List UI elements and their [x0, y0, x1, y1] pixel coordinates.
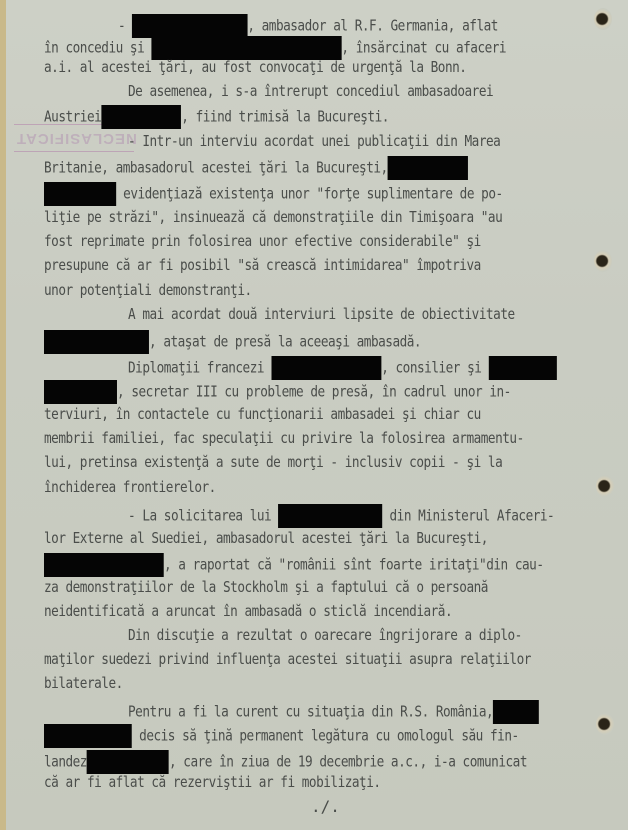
text-line: za demonstraţiilor de la Stockholm şi a … — [44, 578, 488, 596]
text-line: , a raportat că "românii sînt foarte iri… — [44, 553, 543, 577]
redaction-box — [44, 380, 117, 404]
redaction-box — [44, 330, 149, 354]
line-text: în concediu şi — [44, 39, 151, 57]
line-text: unor potenţiali demonstranţi. — [44, 281, 252, 299]
redaction-box — [87, 750, 169, 774]
line-text: neidentificată a aruncat în ambasadă o s… — [44, 602, 452, 620]
redaction-box — [132, 14, 247, 38]
line-text: din Ministerul Afaceri- — [382, 507, 554, 525]
text-line: Austriei, fiind trimisă la Bucureşti. — [44, 105, 389, 129]
line-text: , ambasador al R.F. Germania, aflat — [247, 17, 498, 35]
line-text: Pentru a fi la curent cu situaţia din R.… — [128, 703, 493, 721]
line-text: , fiind trimisă la Bucureşti. — [181, 108, 389, 126]
text-line: De asemenea, i s-a întrerupt concediul a… — [128, 82, 493, 100]
line-text: , secretar III cu probleme de presă, în … — [117, 383, 511, 401]
text-line: liţie pe străzi", insinuează că demonstr… — [44, 208, 502, 226]
redaction-box — [44, 553, 164, 577]
line-text: - — [118, 17, 132, 35]
redaction-box — [493, 700, 539, 724]
text-line: fost reprimate prin folosirea unor efect… — [44, 232, 481, 250]
text-line: Din discuţie a rezultat o oarecare îngri… — [128, 626, 522, 644]
line-text: membrii familiei, fac speculaţii cu priv… — [44, 429, 524, 447]
line-text: liţie pe străzi", insinuează că demonstr… — [44, 208, 502, 226]
line-text: maţilor suedezi privind influenţa aceste… — [44, 650, 531, 668]
line-text: lor Externe al Suediei, ambasadorul aces… — [44, 529, 488, 547]
line-text: fost reprimate prin folosirea unor efect… — [44, 232, 481, 250]
punch-hole — [594, 250, 612, 272]
text-line: landez, care în ziua de 19 decembrie a.c… — [44, 750, 527, 774]
line-text: , însărcinat cu afaceri — [341, 39, 506, 57]
redaction-box — [489, 356, 557, 380]
stamp-line — [14, 151, 134, 152]
text-line: evidenţiază existenţa unor "forţe suplim… — [44, 182, 503, 206]
line-text: Din discuţie a rezultat o oarecare îngri… — [128, 626, 522, 644]
line-text: că ar fi aflat că rezerviştii ar fi mobi… — [44, 773, 381, 791]
line-text: za demonstraţiilor de la Stockholm şi a … — [44, 578, 488, 596]
text-line: că ar fi aflat că rezerviştii ar fi mobi… — [44, 773, 381, 791]
text-line: - Intr-un interviu acordat unei publicaţ… — [128, 132, 500, 150]
line-text: lui, pretinsa existenţă a sute de morţi … — [44, 453, 502, 471]
redaction-box — [151, 36, 341, 60]
text-line: - , ambasador al R.F. Germania, aflat — [118, 14, 498, 38]
punch-hole — [596, 475, 614, 497]
line-text: evidenţiază existenţa unor "forţe suplim… — [116, 185, 503, 203]
text-line: decis să ţină permanent legătura cu omol… — [44, 724, 519, 748]
text-line: , secretar III cu probleme de presă, în … — [44, 380, 511, 404]
line-text: Britanie, ambasadorul acestei ţări la Bu… — [44, 159, 388, 177]
line-text: a.i. al acestei ţări, au fost convocaţi … — [44, 58, 466, 76]
text-line: lor Externe al Suediei, ambasadorul aces… — [44, 529, 488, 547]
line-text: , a raportat că "românii sînt foarte iri… — [164, 556, 543, 574]
redaction-box — [271, 356, 381, 380]
redaction-box — [278, 504, 382, 528]
line-text: - Intr-un interviu acordat unei publicaţ… — [128, 132, 500, 150]
line-text: închiderea frontierelor. — [44, 478, 216, 496]
line-text: - La solicitarea lui — [128, 507, 278, 525]
line-text: presupune că ar fi posibil "să crească i… — [44, 256, 481, 274]
text-line: în concediu şi , însărcinat cu afaceri — [44, 36, 506, 60]
text-line: Pentru a fi la curent cu situaţia din R.… — [128, 700, 539, 724]
text-line: Britanie, ambasadorul acestei ţări la Bu… — [44, 156, 468, 180]
text-line: neidentificată a aruncat în ambasadă o s… — [44, 602, 452, 620]
text-line: unor potenţiali demonstranţi. — [44, 281, 252, 299]
page-continuation-mark: ./. — [311, 797, 340, 816]
text-line: închiderea frontierelor. — [44, 478, 216, 496]
line-text: , ataşat de presă la aceeaşi ambasadă. — [149, 333, 421, 351]
text-line: membrii familiei, fac speculaţii cu priv… — [44, 429, 524, 447]
classification-stamp: NECLASIFICAT — [16, 130, 137, 147]
redaction-box — [44, 182, 116, 206]
redaction-box — [101, 105, 181, 129]
text-line: presupune că ar fi posibil "să crească i… — [44, 256, 481, 274]
text-line: lui, pretinsa existenţă a sute de morţi … — [44, 453, 502, 471]
text-line: A mai acordat două interviuri lipsite de… — [128, 305, 515, 323]
text-line: Diplomaţii francezi , consilier şi — [128, 356, 557, 380]
punch-hole — [596, 713, 614, 735]
line-text: A mai acordat două interviuri lipsite de… — [128, 305, 515, 323]
document-page: NECLASIFICAT - , ambasador al R.F. Germa… — [6, 0, 628, 830]
line-text: landez — [44, 753, 87, 771]
text-line: bilaterale. — [44, 674, 123, 692]
text-line: a.i. al acestei ţări, au fost convocaţi … — [44, 58, 466, 76]
text-line: - La solicitarea lui din Ministerul Afac… — [128, 504, 554, 528]
line-text: Diplomaţii francezi — [128, 359, 271, 377]
text-line: maţilor suedezi privind influenţa aceste… — [44, 650, 531, 668]
redaction-box — [388, 156, 468, 180]
line-text: , consilier şi — [381, 359, 488, 377]
text-line: terviuri, în contactele cu funcţionarii … — [44, 405, 481, 423]
text-line: , ataşat de presă la aceeaşi ambasadă. — [44, 330, 421, 354]
line-text: , care în ziua de 19 decembrie a.c., i-a… — [169, 753, 527, 771]
line-text: terviuri, în contactele cu funcţionarii … — [44, 405, 481, 423]
line-text: Austriei — [44, 108, 101, 126]
line-text: bilaterale. — [44, 674, 123, 692]
redaction-box — [44, 724, 132, 748]
line-text: decis să ţină permanent legătura cu omol… — [132, 727, 519, 745]
line-text: De asemenea, i s-a întrerupt concediul a… — [128, 82, 493, 100]
punch-hole — [594, 8, 612, 30]
